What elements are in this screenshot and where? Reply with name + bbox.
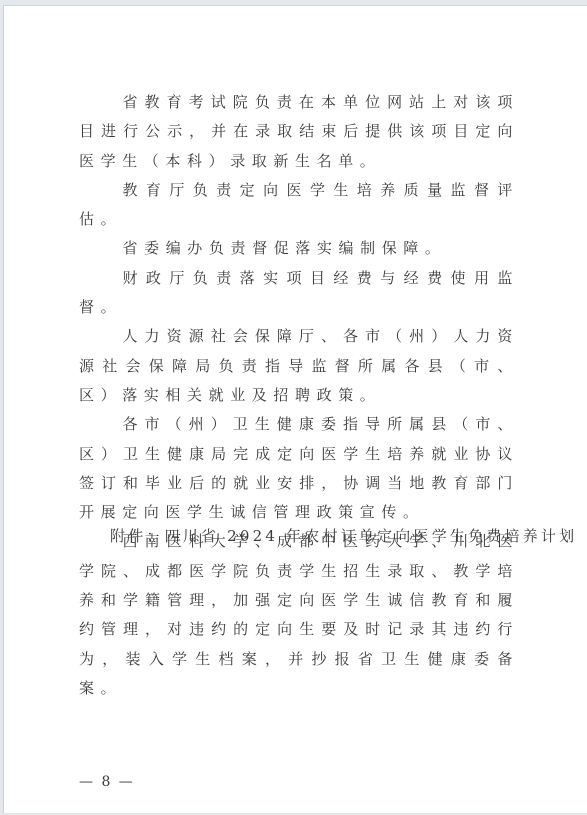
paragraph-education-dept: 教育厅负责定向医学生培养质量监督评估。	[79, 176, 519, 235]
paragraph-universities: 西南医科大学、成都中医药大学、川北医学院、成都医学院负责学生招生录取、教学培养和…	[79, 527, 519, 703]
attachment-note: 附件：四川省 2024 年农村订单定向医学生免费培养计划	[110, 522, 530, 551]
paragraph-exam-institute: 省教育考试院负责在本单位网站上对该项目进行公示，并在录取结束后提供该项目定向医学…	[79, 88, 519, 176]
body-text: 省教育考试院负责在本单位网站上对该项目进行公示，并在录取结束后提供该项目定向医学…	[79, 88, 519, 703]
paragraph-human-resources: 人力资源社会保障厅、各市（州）人力资源社会保障局负责指导监督所属各县（市、区）落…	[79, 322, 519, 410]
document-page: 省教育考试院负责在本单位网站上对该项目进行公示，并在录取结束后提供该项目定向医学…	[3, 5, 587, 813]
paragraph-health-commission: 各市（州）卫生健康委指导所属县（市、区）卫生健康局完成定向医学生培养就业协议签订…	[79, 410, 519, 527]
paragraph-staffing-office: 省委编办负责督促落实编制保障。	[79, 234, 519, 263]
page-number: — 8 —	[79, 772, 135, 792]
paragraph-finance-dept: 财政厅负责落实项目经费与经费使用监督。	[79, 264, 519, 323]
